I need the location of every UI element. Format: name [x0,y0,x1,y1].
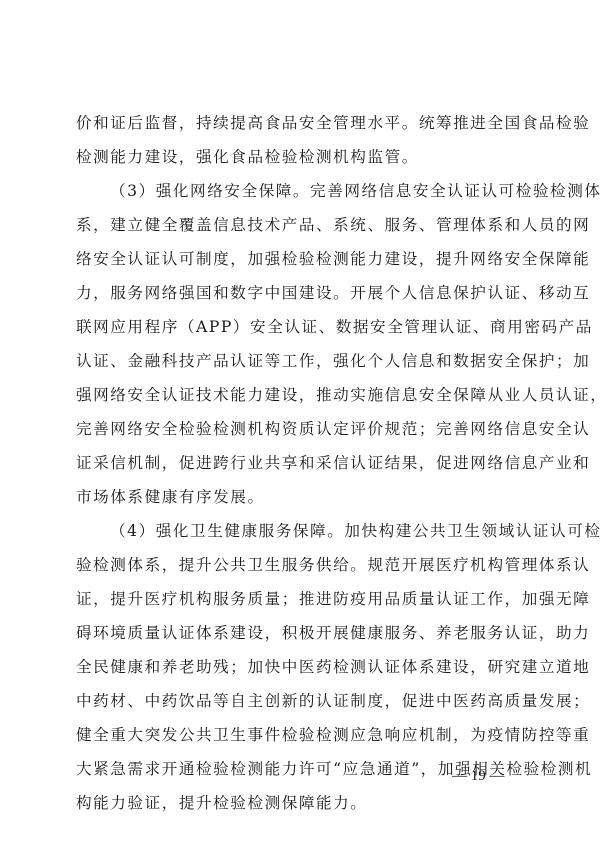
text-line: 认证、金融科技产品认证等工作，强化个人信息和数据安全保护；加 [76,351,536,371]
text-line: 强网络安全认证技术能力建设，推动实施信息安全保障从业人员认证， [76,385,536,405]
text-line: 联网应用程序（APP）安全认证、数据安全管理认证、商用密码产品 [76,317,536,337]
text-line: 证，提升医疗机构服务质量；推进防疫用品质量认证工作，加强无障 [76,589,536,609]
section-heading-network-security: （3）强化网络安全保障。完善网络信息安全认证认可检验检测体 [110,181,570,201]
text-line: 市场体系健康有序发展。 [76,487,536,507]
text-line: 全民健康和养老助残；加快中医药检测认证体系建设，研究建立道地 [76,657,536,677]
text-line: 完善网络安全检验检测机构资质认定评价规范；完善网络信息安全认 [76,419,536,439]
text-line: 验检测体系，提升公共卫生服务供给。规范开展医疗机构管理体系认 [76,555,536,575]
text-line: 价和证后监督，持续提高食品安全管理水平。统筹推进全国食品检验 [76,113,536,133]
document-page: 价和证后监督，持续提高食品安全管理水平。统筹推进全国食品检验 检测能力建设，强化… [0,0,600,848]
text-line: 碍环境质量认证体系建设，积极开展健康服务、养老服务认证，助力 [76,623,536,643]
text-line: 系，建立健全覆盖信息技术产品、系统、服务、管理体系和人员的网 [76,215,536,235]
text-line: 络安全认证认可制度，加强检验检测能力建设，提升网络安全保障能 [76,249,536,269]
text-line: 健全重大突发公共卫生事件检验检测应急响应机制，为疫情防控等重 [76,725,536,745]
text-line: 证采信机制，促进跨行业共享和采信认证结果，促进网络信息产业和 [76,453,536,473]
text-line: 检测能力建设，强化食品检验检测机构监管。 [76,147,536,167]
text-line: 构能力验证，提升检验检测保障能力。 [76,793,536,813]
text-line: 力，服务网络强国和数字中国建设。开展个人信息保护认证、移动互 [76,283,536,303]
section-heading-health-services: （4）强化卫生健康服务保障。加快构建公共卫生领域认证认可检 [110,521,570,541]
text-line: 中药材、中药饮品等自主创新的认证制度，促进中医药高质量发展； [76,691,536,711]
page-number: — 19 — [452,766,505,786]
